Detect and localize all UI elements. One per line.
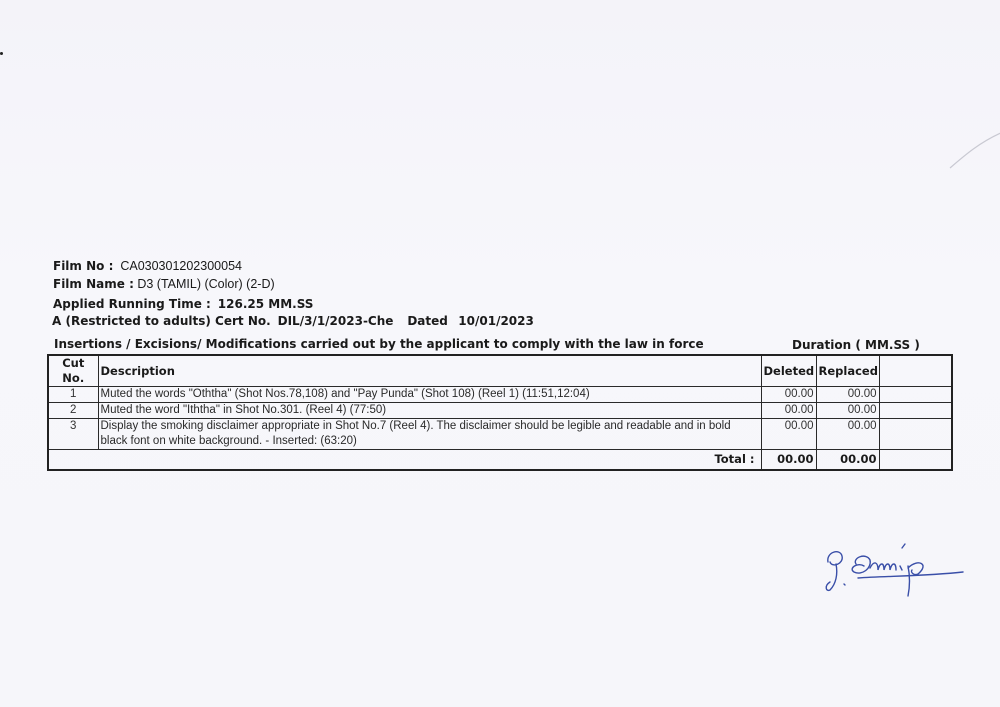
cut-number: 2 [48,403,98,419]
scan-speck [0,52,3,55]
table-row: 1 Muted the words "Oththa" (Shot Nos.78,… [48,387,952,403]
deleted-duration: 00.00 [761,403,816,419]
header-blank [879,355,952,387]
table-row: 2 Muted the word "Iththa" in Shot No.301… [48,403,952,419]
total-label: Total : [48,450,761,471]
certificate-line: A (Restricted to adults) Cert No. DIL/3/… [52,313,534,330]
table-row: 3 Display the smoking disclaimer appropr… [48,419,952,450]
film-name-value: D3 (TAMIL) (Color) (2-D) [137,277,274,291]
total-deleted: 00.00 [761,450,816,471]
deleted-duration: 00.00 [761,419,816,450]
replaced-duration: 00.00 [816,387,879,403]
table-header-row: Cut No. Description Deleted Replaced [48,355,952,387]
blank-cell [879,387,952,403]
total-row: Total : 00.00 00.00 [48,450,952,471]
deleted-duration: 00.00 [761,387,816,403]
modifications-heading: Insertions / Excisions/ Modifications ca… [54,337,704,351]
running-time-line: Applied Running Time : 126.25 MM.SS [53,296,313,313]
dated-value: 10/01/2023 [458,314,534,328]
cut-description: Muted the words "Oththa" (Shot Nos.78,10… [98,387,761,403]
cut-description: Muted the word "Iththa" in Shot No.301. … [98,403,761,419]
cut-description: Display the smoking disclaimer appropria… [98,419,761,450]
blank-cell [879,419,952,450]
header-deleted: Deleted [761,355,816,387]
film-number-line: Film No : CA030301202300054 [53,258,242,275]
signature-icon [818,540,968,600]
replaced-duration: 00.00 [816,419,879,450]
duration-header: Duration ( MM.SS ) [792,338,920,352]
certificate-label: A (Restricted to adults) Cert No. [52,314,271,328]
film-number-label: Film No : [53,259,113,273]
blank-cell [879,403,952,419]
running-time-value: 126.25 MM.SS [218,297,314,311]
total-replaced: 00.00 [816,450,879,471]
running-time-label: Applied Running Time : [53,297,211,311]
film-name-line: Film Name : D3 (TAMIL) (Color) (2-D) [53,276,275,293]
blank-cell [879,450,952,471]
cut-number: 1 [48,387,98,403]
header-description: Description [98,355,761,387]
film-number-value: CA030301202300054 [120,259,242,273]
certificate-number: DIL/3/1/2023-Che [278,314,394,328]
header-cut-no: Cut No. [48,355,98,387]
dated-label: Dated [407,314,448,328]
cut-number: 3 [48,419,98,450]
header-replaced: Replaced [816,355,879,387]
pencil-stroke-mark [945,130,1000,175]
replaced-duration: 00.00 [816,403,879,419]
cuts-table: Cut No. Description Deleted Replaced 1 M… [47,354,953,471]
film-name-label: Film Name : [53,277,134,291]
